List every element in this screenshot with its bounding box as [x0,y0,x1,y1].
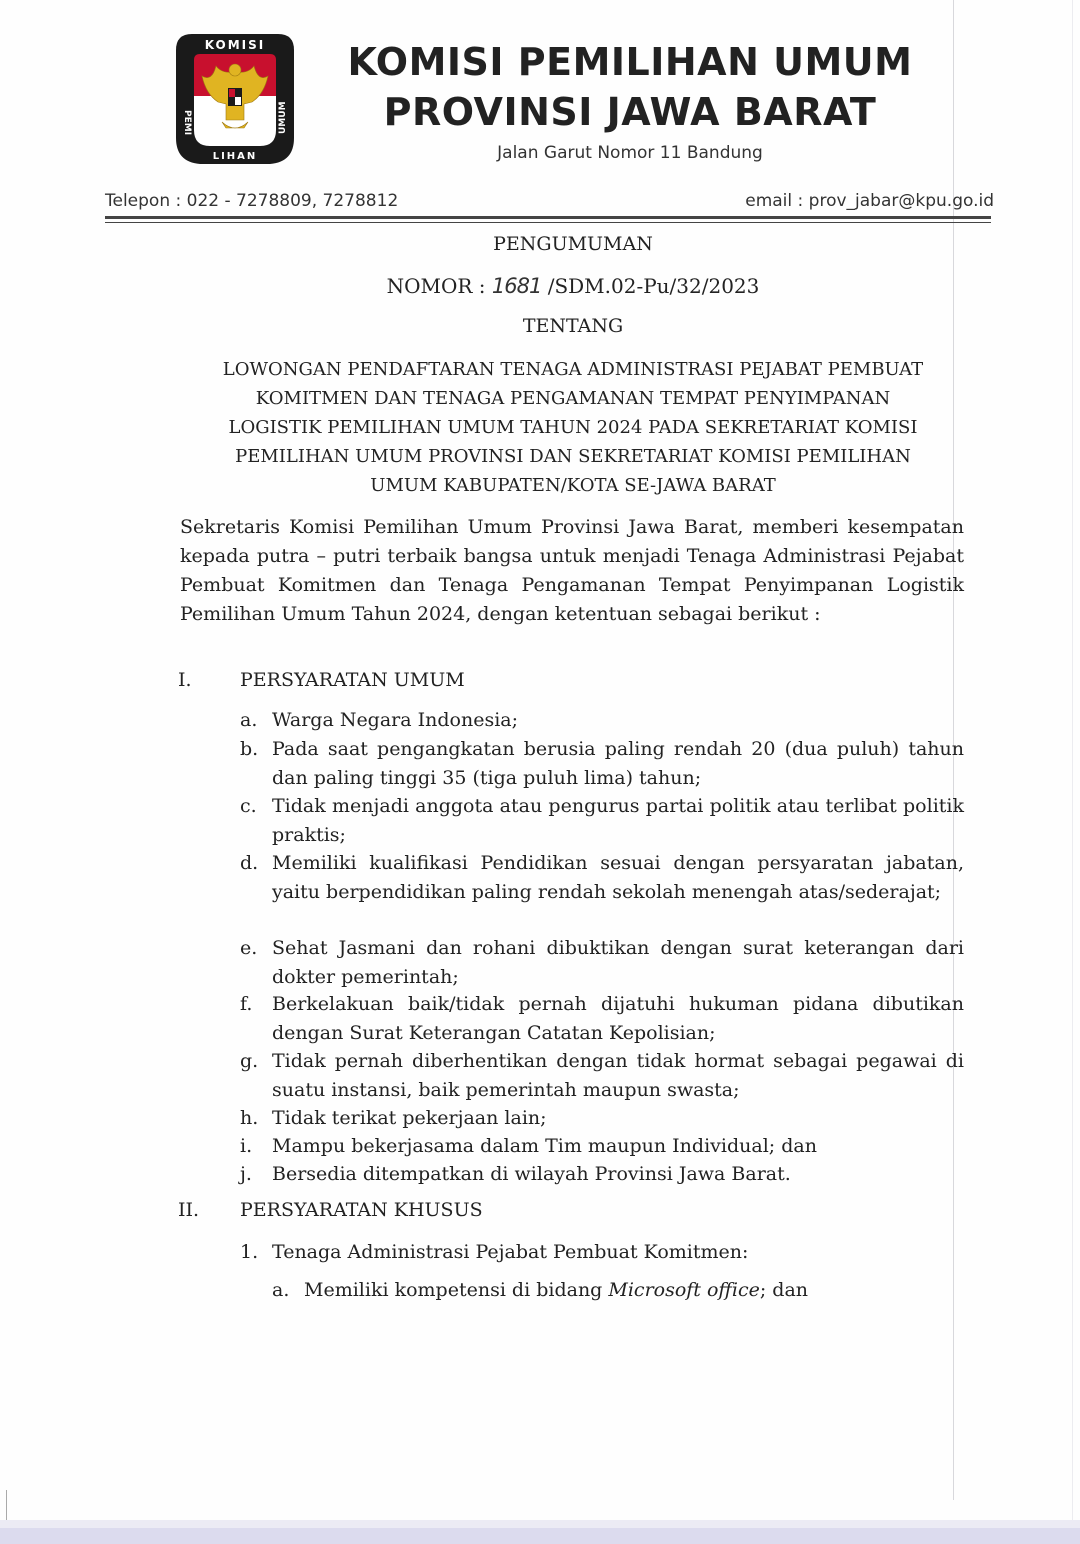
item-label: a. [240,706,270,735]
intro-paragraph: Sekretaris Komisi Pemilihan Umum Provins… [180,513,964,629]
item-text: Pada saat pengangkatan berusia paling re… [272,735,964,792]
item-text: Warga Negara Indonesia; [272,706,964,735]
list-item: a.Warga Negara Indonesia; [240,706,964,735]
list-item: c.Tidak menjadi anggota atau pengurus pa… [240,792,964,849]
org-address: Jalan Garut Nomor 11 Bandung [330,143,930,163]
list-item: h.Tidak terikat pekerjaan lain; [240,1104,964,1133]
section-numeral: I. [178,669,192,691]
item-text: Bersedia ditempatkan di wilayah Provinsi… [272,1160,964,1189]
letterhead-divider [105,222,991,223]
list-item: f.Berkelakuan baik/tidak pernah dijatuhi… [240,990,964,1047]
italic-term: Microsoft office [608,1279,759,1301]
item-label: g. [240,1047,270,1076]
item-label: c. [240,792,270,821]
list-item: d.Memiliki kualifikasi Pendidikan sesuai… [240,849,964,906]
scan-artifact-line [1072,0,1073,1520]
letterhead-divider [105,216,991,219]
nomor-suffix: /SDM.02-Pu/32/2023 [541,274,759,298]
document-type: PENGUMUMAN [0,233,1080,255]
scan-bottom-edge [0,1520,1080,1544]
item-text: Memiliki kompetensi di bidang Microsoft … [304,1276,964,1304]
org-email: email : prov_jabar@kpu.go.id [745,191,994,211]
item-label: i. [240,1132,270,1161]
svg-text:KOMISI: KOMISI [205,38,265,52]
list-item: i.Mampu bekerjasama dalam Tim maupun Ind… [240,1132,964,1161]
document-subject: LOWONGAN PENDAFTARAN TENAGA ADMINISTRASI… [180,355,966,500]
scan-artifact-line [6,1490,7,1520]
list-item: b.Pada saat pengangkatan berusia paling … [240,735,964,792]
item-text: Berkelakuan baik/tidak pernah dijatuhi h… [272,990,964,1047]
kpu-logo: KOMISI LIHAN PEMI UMUM [172,30,298,168]
tentang-label: TENTANG [0,315,1080,337]
item-text: Sehat Jasmani dan rohani dibuktikan deng… [272,934,964,991]
org-phone: Telepon : 022 - 7278809, 7278812 [105,191,398,211]
item-label: 1. [240,1238,270,1267]
item-text: Tidak menjadi anggota atau pengurus part… [272,792,964,849]
subject-line: LOWONGAN PENDAFTARAN TENAGA ADMINISTRASI… [180,355,966,384]
org-name-line1: KOMISI PEMILIHAN UMUM [330,40,930,84]
section-title: PERSYARATAN UMUM [240,669,465,691]
nomor-prefix: NOMOR : [387,274,492,298]
section-title: PERSYARATAN KHUSUS [240,1199,483,1221]
list-item: g.Tidak pernah diberhentikan dengan tida… [240,1047,964,1104]
subject-line: KOMITMEN DAN TENAGA PENGAMANAN TEMPAT PE… [180,384,966,413]
item-label: f. [240,990,270,1019]
item-label: b. [240,735,270,764]
section-numeral: II. [178,1199,199,1221]
svg-text:UMUM: UMUM [278,101,288,134]
item-label: h. [240,1104,270,1133]
item-label: a. [272,1276,289,1304]
subject-line: PEMILIHAN UMUM PROVINSI DAN SEKRETARIAT … [180,442,966,471]
item-text: Memiliki kualifikasi Pendidikan sesuai d… [272,849,964,906]
item-text: Tenaga Administrasi Pejabat Pembuat Komi… [272,1238,964,1267]
svg-text:PEMI: PEMI [182,110,192,135]
item-text: Mampu bekerjasama dalam Tim maupun Indiv… [272,1132,964,1161]
subject-line: UMUM KABUPATEN/KOTA SE-JAWA BARAT [180,471,966,500]
list-item: j.Bersedia ditempatkan di wilayah Provin… [240,1160,964,1189]
list-item: e.Sehat Jasmani dan rohani dibuktikan de… [240,934,964,991]
item-label: j. [240,1160,270,1189]
item-text: Tidak pernah diberhentikan dengan tidak … [272,1047,964,1104]
svg-text:LIHAN: LIHAN [213,151,258,162]
item-label: d. [240,849,270,878]
document-page: KOMISI LIHAN PEMI UMUM KOMISI PEMILIHAN … [0,0,1080,1520]
handwritten-number: 1681 [492,274,541,298]
item-text: Tidak terikat pekerjaan lain; [272,1104,964,1133]
sub-list-item: a. Memiliki kompetensi di bidang Microso… [272,1276,964,1304]
subject-line: LOGISTIK PEMILIHAN UMUM TAHUN 2024 PADA … [180,413,966,442]
item-label: e. [240,934,270,963]
kpu-garuda-emblem-icon: KOMISI LIHAN PEMI UMUM [172,30,298,168]
list-item: 1.Tenaga Administrasi Pejabat Pembuat Ko… [240,1238,964,1267]
document-number: NOMOR : 1681 /SDM.02-Pu/32/2023 [0,274,1080,298]
org-name-line2: PROVINSI JAWA BARAT [330,90,930,134]
